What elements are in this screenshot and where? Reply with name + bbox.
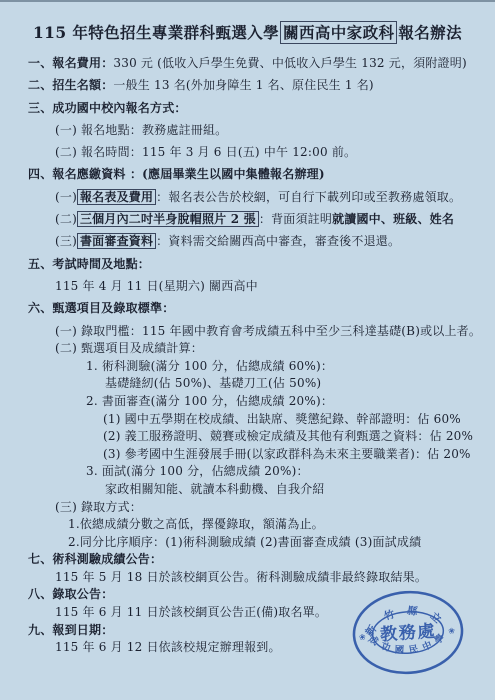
doc-line: 1.依總成績分數之高低，擇優錄取，額滿為止。: [0, 515, 495, 533]
doc-line: (二) 報名時間：115 年 3 月 6 日(五) 中午 12:00 前。: [0, 143, 495, 165]
doc-line: (三) 錄取方式：: [0, 498, 495, 516]
doc-line: 六、甄選項目及錄取標準：: [0, 299, 495, 321]
school-office-seal: 新竹縣立 成功國民中學 教務處 ❀ ❀: [347, 584, 469, 681]
text-segment: (三) 錄取方式：: [55, 500, 142, 514]
doc-line: (三)書面審查資料：資料需交給關西高中審查，審查後不退還。: [0, 232, 495, 254]
boxed-text: 書面審查資料: [77, 233, 156, 249]
text-segment: 六、甄選項目及錄取標準：: [28, 301, 174, 315]
text-segment: 五、考試時間及地點：: [28, 257, 150, 271]
text-segment: (二) 甄選項目及成績計算：: [55, 341, 203, 355]
text-segment: 就讀國中、班級、姓名: [332, 212, 454, 226]
title-boxed-school-name: 關西高中家政科: [280, 21, 397, 44]
doc-line: (一)報名表及費用：報名表公告於校網，可自行下載列印或至教務處領取。: [0, 188, 495, 210]
doc-line: (一) 報名地點：教務處註冊組。: [0, 121, 495, 143]
text-segment: 2. 書面審查(滿分 100 分，佔總成績 20%)：: [86, 394, 333, 408]
seal-flower-right-icon: ❀: [448, 626, 456, 635]
document-body: 一、報名費用：330 元 (低收入戶學生免費、中低收入戶學生 132 元，須附證…: [0, 47, 495, 656]
doc-line: 七、術科測驗成績公告：: [0, 550, 495, 568]
text-segment: 115 年 6 月 12 日依該校規定辦理報到。: [55, 640, 281, 654]
document-title: 115 年特色招生專業群科甄選入學關西高中家政科報名辦法: [0, 0, 495, 43]
text-segment: (二) 報名時間：115 年 3 月 6 日(五) 中午 12:00 前。: [55, 145, 356, 159]
doc-line: 2. 書面審查(滿分 100 分，佔總成績 20%)：: [0, 392, 495, 410]
doc-line: 115 年 4 月 11 日(星期六) 關西高中: [0, 277, 495, 299]
title-suffix: 報名辦法: [398, 23, 462, 42]
doc-line: 一、報名費用：330 元 (低收入戶學生免費、中低收入戶學生 132 元，須附證…: [0, 54, 495, 76]
text-segment: (2) 義工服務證明、競賽或檢定成績及其他有利甄選之資料：佔 20%: [103, 429, 473, 443]
text-segment: (1) 國中五學期在校成績、出缺席、獎懲紀錄、幹部證明：佔 60%: [103, 412, 461, 426]
document-page: 115 年特色招生專業群科甄選入學關西高中家政科報名辦法 一、報名費用：330 …: [0, 0, 495, 700]
doc-line: (二) 甄選項目及成績計算：: [0, 339, 495, 357]
text-segment: 基礎縫紉(佔 50%)、基礎刀工(佔 50%): [105, 376, 321, 390]
text-segment: 二、招生名額：: [28, 78, 113, 92]
text-segment: 115 年 5 月 18 日於該校網頁公告。術科測驗成績非最終錄取結果。: [55, 570, 427, 584]
text-segment: 2.同分比序順序：(1)術科測驗成績 (2)書面審查成績 (3)面試成績: [68, 535, 421, 549]
doc-line: 三、成功國中校內報名方式：: [0, 99, 495, 121]
text-segment: 330 元 (低收入戶學生免費、中低收入戶學生 132 元，須附證明): [113, 56, 466, 70]
doc-line: 基礎縫紉(佔 50%)、基礎刀工(佔 50%): [0, 374, 495, 392]
doc-line: 五、考試時間及地點：: [0, 255, 495, 277]
text-segment: (三): [55, 234, 77, 248]
seal-flower-left-icon: ❀: [359, 632, 367, 641]
doc-line: (3) 參考國中生涯發展手冊(以家政群科為未來主要職業者)：佔 20%: [0, 445, 495, 463]
doc-line: 115 年 5 月 18 日於該校網頁公告。術科測驗成績非最終錄取結果。: [0, 568, 495, 586]
text-segment: (一) 錄取門檻：115 年國中教育會考成績五科中至少三科達基礎(B)或以上者。: [55, 324, 481, 338]
doc-line: 二、招生名額：一般生 13 名(外加身障生 1 名、原住民生 1 名): [0, 76, 495, 98]
doc-line: (二)三個月內二吋半身脫帽照片 2 張：背面須註明就讀國中、班級、姓名: [0, 210, 495, 232]
text-segment: 1.依總成績分數之高低，擇優錄取，額滿為止。: [68, 517, 324, 531]
doc-line: 家政相關知能、就讀本科動機、自我介紹: [0, 480, 495, 498]
text-segment: 七、術科測驗成績公告：: [28, 552, 162, 566]
text-segment: (3) 參考國中生涯發展手冊(以家政群科為未來主要職業者)：佔 20%: [103, 447, 471, 461]
text-segment: 九、報到日期：: [28, 623, 113, 637]
text-segment: ：報名表公告於校網，可自行下載列印或至教務處領取。: [156, 190, 461, 204]
text-segment: (一): [55, 190, 77, 204]
seal-center-text: 教務處: [379, 620, 436, 645]
text-segment: 家政相關知能、就讀本科動機、自我介紹: [105, 482, 325, 496]
doc-line: (一) 錄取門檻：115 年國中教育會考成績五科中至少三科達基礎(B)或以上者。: [0, 322, 495, 340]
text-segment: ：資料需交給關西高中審查，審查後不退還。: [156, 234, 400, 248]
text-segment: 3. 面試(滿分 100 分，佔總成績 20%)：: [86, 464, 309, 478]
doc-line: 2.同分比序順序：(1)術科測驗成績 (2)書面審查成績 (3)面試成績: [0, 533, 495, 551]
text-segment: 八、錄取公告：: [28, 587, 113, 601]
doc-line: (2) 義工服務證明、競賽或檢定成績及其他有利甄選之資料：佔 20%: [0, 427, 495, 445]
doc-line: (1) 國中五學期在校成績、出缺席、獎懲紀錄、幹部證明：佔 60%: [0, 410, 495, 428]
text-segment: 三、成功國中校內報名方式：: [28, 101, 187, 115]
title-prefix: 115 年特色招生專業群科甄選入學: [33, 23, 279, 42]
text-segment: 一、報名費用：: [28, 56, 113, 70]
doc-line: 1. 術科測驗(滿分 100 分，佔總成績 60%)：: [0, 357, 495, 375]
text-segment: 115 年 6 月 11 日於該校網頁公告正(備)取名單。: [55, 605, 327, 619]
text-segment: 四、報名應繳資料 ：(應屆畢業生以國中集體報名辦理): [28, 167, 325, 181]
boxed-text: 三個月內二吋半身脫帽照片 2 張: [77, 211, 259, 227]
text-segment: 一般生 13 名(外加身障生 1 名、原住民生 1 名): [113, 78, 373, 92]
text-segment: ：背面須註明: [259, 212, 332, 226]
text-segment: 1. 術科測驗(滿分 100 分，佔總成績 60%)：: [86, 359, 333, 373]
doc-line: 3. 面試(滿分 100 分，佔總成績 20%)：: [0, 462, 495, 480]
text-segment: (二): [55, 212, 77, 226]
boxed-text: 報名表及費用: [77, 189, 156, 205]
doc-line: 四、報名應繳資料 ：(應屆畢業生以國中集體報名辦理): [0, 165, 495, 187]
text-segment: 115 年 4 月 11 日(星期六) 關西高中: [55, 279, 258, 293]
text-segment: (一) 報名地點：教務處註冊組。: [55, 123, 227, 137]
